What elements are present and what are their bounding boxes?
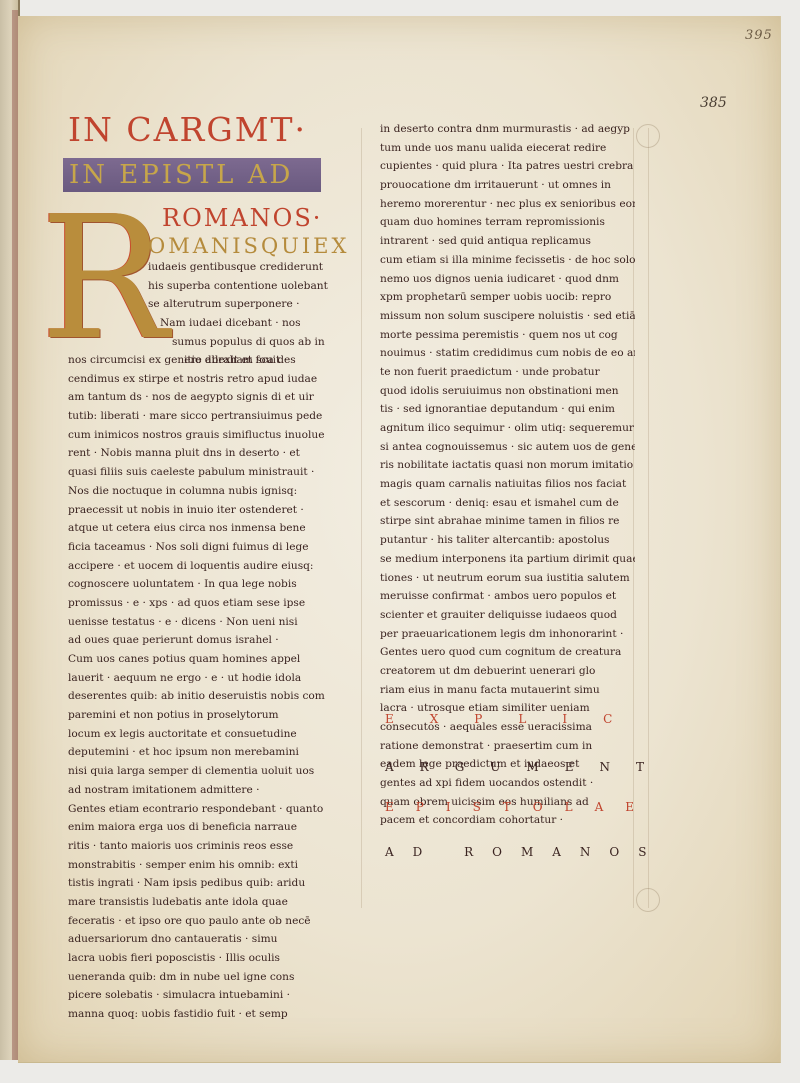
text-line: feceratis · et ipso ore quo paulo ante o… xyxy=(68,912,353,931)
text-line: promissus · e · xps · ad quos etiam sese… xyxy=(68,594,353,613)
text-line: deserentes quib: ab initio deseruistis n… xyxy=(68,687,353,706)
text-line: tutib: liberati · mare sicco pertransiui… xyxy=(68,407,353,426)
text-line: praecessit ut nobis in inuio iter ostend… xyxy=(68,501,353,520)
text-line: xpm prophetarū semper uobis uocib: repro xyxy=(380,288,635,307)
ruling-loop xyxy=(636,124,660,148)
text-line: enim maiora erga uos di beneficia narrau… xyxy=(68,818,353,837)
text-line: paremini et non potius in proselytorum xyxy=(68,706,353,725)
text-line: cendimus ex stirpe et nostris retro apud… xyxy=(68,370,353,389)
text-line: ad nostram imitationem admittere · xyxy=(68,781,353,800)
text-line: aduersariorum dno cantaueratis · simu xyxy=(68,930,353,949)
text-line: Nam iudaei dicebant · nos xyxy=(148,314,348,333)
text-line: stirpe sint abrahae minime tamen in fili… xyxy=(380,512,635,531)
text-line: ad oues quae perierunt domus israhel · xyxy=(68,631,353,650)
text-line: heremo morerentur · nec plus ex seniorib… xyxy=(380,195,635,214)
folio-mark-top: 395 xyxy=(745,28,773,43)
ruling-loop xyxy=(636,888,660,912)
text-line: prouocatione dm irritauerunt · ut omnes … xyxy=(380,176,635,195)
text-line: missum non solum suscipere noluistis · s… xyxy=(380,307,635,326)
heading-line-3: ROMANOS· xyxy=(162,204,322,232)
text-line: tiones · ut neutrum eorum sua iustitia s… xyxy=(380,569,635,588)
text-line: his superba contentione uolebant xyxy=(148,277,348,296)
text-line: atque ut cetera eius circa nos inmensa b… xyxy=(68,519,353,538)
illuminated-initial: R xyxy=(40,204,160,354)
text-line: nos circumcisi ex genere abraham sca des xyxy=(68,351,353,370)
text-line: uenisse testatus · e · dicens · Non ueni… xyxy=(68,613,353,632)
text-line: creatorem ut dm debuerint uenerari glo xyxy=(380,662,635,681)
text-line: tum unde uos manu ualida eiecerat redire xyxy=(380,139,635,158)
text-line: te non fuerit praedictum · unde probatur xyxy=(380,363,635,382)
explicit-line-3: EPISTOLAE xyxy=(385,800,656,814)
text-line: morte pessima peremistis · quem nos ut c… xyxy=(380,326,635,345)
text-line: nisi quia larga semper di clementia uolu… xyxy=(68,762,353,781)
text-line: gentes ad xpi fidem uocandos ostendit · xyxy=(380,774,635,793)
text-line: nemo uos dignos uenia iudicaret · quod d… xyxy=(380,270,635,289)
text-line: picere solebatis · simulacra intuebamini… xyxy=(68,986,353,1005)
text-line: in deserto contra dnm murmurastis · ad a… xyxy=(380,120,635,139)
heading-line-1: IN CARGMT· xyxy=(68,110,307,149)
left-column: nos circumcisi ex genere abraham sca des… xyxy=(68,351,353,1024)
text-line: Cum uos canes potius quam homines appel xyxy=(68,650,353,669)
text-line: Nos die noctuque in columna nubis ignisq… xyxy=(68,482,353,501)
text-line: putantur · his taliter altercantib: apos… xyxy=(380,531,635,550)
text-line: iudaeis gentibusque crediderunt xyxy=(148,258,348,277)
text-line: ris nobilitate iactatis quasi non morum … xyxy=(380,456,635,475)
text-line: rent · Nobis manna pluit dns in deserto … xyxy=(68,444,353,463)
text-line: lauerit · aequum ne ergo · e · ut hodie … xyxy=(68,669,353,688)
text-line: ratione demonstrat · praesertim cum in xyxy=(380,737,635,756)
text-line: accipere · et uocem di loquentis audire … xyxy=(68,557,353,576)
text-line: riam eius in manu facta mutauerint simu xyxy=(380,681,635,700)
text-line: se alterutrum superponere · xyxy=(148,295,348,314)
ruling-line xyxy=(361,128,362,908)
text-line: cupientes · quid plura · Ita patres uest… xyxy=(380,157,635,176)
text-line: agnitum ilico sequimur · olim utiq: sequ… xyxy=(380,419,635,438)
text-line: si antea cognouissemus · sic autem uos d… xyxy=(380,438,635,457)
text-line: meruisse confirmat · ambos uero populos … xyxy=(380,587,635,606)
text-line: locum ex legis auctoritate et consuetudi… xyxy=(68,725,353,744)
previous-page-edge xyxy=(0,0,20,1060)
text-line: tis · sed ignorantiae deputandum · qui e… xyxy=(380,400,635,419)
text-line: ritis · tanto maioris uos criminis reos … xyxy=(68,837,353,856)
text-line: lacra uobis fieri poposcistis · Illis oc… xyxy=(68,949,353,968)
first-line-gold: OMANISQUIEX xyxy=(148,234,349,258)
text-line: per praeuaricationem legis dm inhonorari… xyxy=(380,625,635,644)
text-line: cum etiam si illa minime fecissetis · de… xyxy=(380,251,635,270)
text-line: monstrabitis · semper enim his omnib: ex… xyxy=(68,856,353,875)
text-line: am tantum ds · nos de aegypto signis di … xyxy=(68,388,353,407)
text-line: ficia taceamus · Nos soli digni fuimus d… xyxy=(68,538,353,557)
explicit-line-4: AD ROMANOS xyxy=(385,845,666,859)
explicit-line-2: ARGUMENT xyxy=(385,760,670,774)
explicit-line-1: EXPLIC xyxy=(385,712,648,726)
text-line: sumus populus di quos ab in xyxy=(148,333,348,352)
ruling-line xyxy=(648,128,649,908)
text-line: scienter et grauiter deliquisse iudaeos … xyxy=(380,606,635,625)
text-line: cognoscere uoluntatem · In qua lege nobi… xyxy=(68,575,353,594)
text-line: nouimus · statim credidimus cum nobis de… xyxy=(380,344,635,363)
text-line: manna quoq: uobis fastidio fuit · et sem… xyxy=(68,1005,353,1024)
text-line: Gentes etiam econtrario respondebant · q… xyxy=(68,800,353,819)
text-line: quam duo homines terram repromissionis xyxy=(380,213,635,232)
text-line: se medium interponens ita partium dirimi… xyxy=(380,550,635,569)
text-line: tistis ingrati · Nam ipsis pedibus quib:… xyxy=(68,874,353,893)
text-line: cum inimicos nostros grauis simifluctus … xyxy=(68,426,353,445)
text-line: quod idolis seruiuimus non obstinationi … xyxy=(380,382,635,401)
text-line: mare transistis ludebatis ante idola qua… xyxy=(68,893,353,912)
text-line: pacem et concordiam cohortatur · xyxy=(380,811,635,830)
text-line: quasi filiis suis caeleste pabulum minis… xyxy=(68,463,353,482)
text-line: magis quam carnalis natiuitas filios nos… xyxy=(380,475,635,494)
text-line: Gentes uero quod cum cognitum de creatur… xyxy=(380,643,635,662)
text-line: ueneranda quib: dm in nube uel igne cons xyxy=(68,968,353,987)
text-line: et sescorum · deniq: esau et ismahel cum… xyxy=(380,494,635,513)
folio-number: 385 xyxy=(700,95,727,111)
text-line: deputemini · et hoc ipsum non merebamini xyxy=(68,743,353,762)
text-line: intrarent · sed quid antiqua replicamus xyxy=(380,232,635,251)
